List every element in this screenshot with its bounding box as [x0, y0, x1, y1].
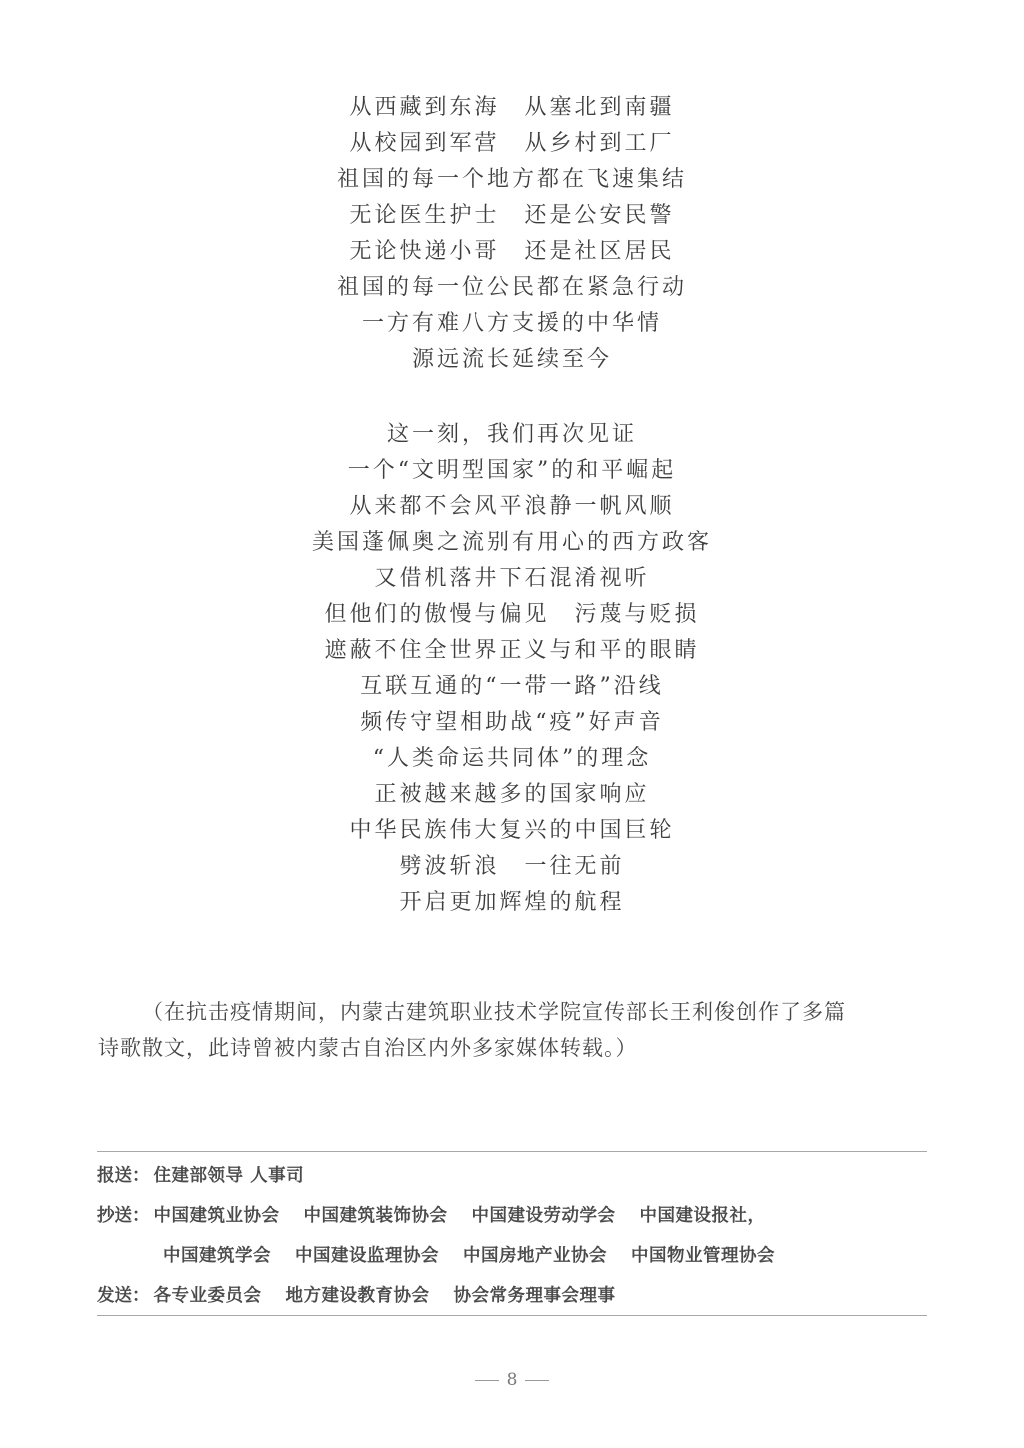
report-to-row: 报送：住建部领导 人事司 [97, 1156, 927, 1196]
poem-line: 从来都不会风平浪静一帆风顺 [0, 489, 1024, 525]
divider-top [97, 1151, 927, 1152]
recipient: 中国建筑学会 [163, 1246, 271, 1266]
recipient: 协会常务理事会理事 [454, 1286, 616, 1306]
recipient: 中国房地产业协会 [463, 1246, 607, 1266]
poem-line: 互联互通的“一带一路”沿线 [0, 669, 1024, 705]
poem-stanza-1: 从西藏到东海 从塞北到南疆 从校园到军营 从乡村到工厂 祖国的每一个地方都在飞速… [0, 90, 1024, 378]
page-number-value: 8 [507, 1370, 518, 1390]
recipient: 中国物业管理协会 [631, 1246, 775, 1266]
recipient: 中国建设监理协会 [295, 1246, 439, 1266]
note-line-1: （在抗击疫情期间，内蒙古建筑职业技术学院宣传部长王利俊创作了多篇 [98, 994, 928, 1030]
divider-bottom [97, 1315, 927, 1316]
copy-to-label: 抄送： [97, 1206, 150, 1226]
poem-line: 遮蔽不住全世界正义与和平的眼睛 [0, 633, 1024, 669]
page-number: 8 [0, 1370, 1024, 1390]
recipient: 各专业委员会 [154, 1286, 262, 1306]
author-note: （在抗击疫情期间，内蒙古建筑职业技术学院宣传部长王利俊创作了多篇 诗歌散文，此诗… [98, 994, 928, 1066]
poem-line: 正被越来越多的国家响应 [0, 777, 1024, 813]
dash-right [525, 1380, 549, 1381]
poem-line: 中华民族伟大复兴的中国巨轮 [0, 813, 1024, 849]
poem-line: 一方有难八方支援的中华情 [0, 306, 1024, 342]
poem-line: 无论快递小哥 还是社区居民 [0, 234, 1024, 270]
poem-line: 无论医生护士 还是公安民警 [0, 198, 1024, 234]
distribution-list: 报送：住建部领导 人事司 抄送：中国建筑业协会中国建筑装饰协会中国建设劳动学会中… [97, 1156, 927, 1316]
poem-line: 一个“文明型国家”的和平崛起 [0, 453, 1024, 489]
report-to-label: 报送： [97, 1166, 150, 1186]
poem-line: 又借机落井下石混淆视听 [0, 561, 1024, 597]
poem-line: 劈波斩浪 一往无前 [0, 849, 1024, 885]
poem-line: 从校园到军营 从乡村到工厂 [0, 126, 1024, 162]
recipient: 中国建设报社， [640, 1206, 766, 1226]
note-line-2: 诗歌散文，此诗曾被内蒙古自治区内外多家媒体转载。） [98, 1030, 928, 1066]
poem-line: “人类命运共同体”的理念 [0, 741, 1024, 777]
copy-to-row: 抄送：中国建筑业协会中国建筑装饰协会中国建设劳动学会中国建设报社， [97, 1196, 927, 1236]
poem-line: 祖国的每一个地方都在飞速集结 [0, 162, 1024, 198]
recipient: 住建部领导 人事司 [154, 1166, 305, 1186]
send-to-row: 发送：各专业委员会地方建设教育协会协会常务理事会理事 [97, 1276, 927, 1316]
poem-line: 祖国的每一位公民都在紧急行动 [0, 270, 1024, 306]
copy-to-row-continued: 中国建筑学会中国建设监理协会中国房地产业协会中国物业管理协会 [97, 1236, 927, 1276]
dash-left [475, 1380, 499, 1381]
poem-line: 从西藏到东海 从塞北到南疆 [0, 90, 1024, 126]
poem-line: 频传守望相助战“疫”好声音 [0, 705, 1024, 741]
poem-line: 源远流长延续至今 [0, 342, 1024, 378]
poem-line: 美国蓬佩奥之流别有用心的西方政客 [0, 525, 1024, 561]
recipient: 地方建设教育协会 [286, 1286, 430, 1306]
poem-line: 这一刻，我们再次见证 [0, 417, 1024, 453]
poem-stanza-2: 这一刻，我们再次见证 一个“文明型国家”的和平崛起 从来都不会风平浪静一帆风顺 … [0, 417, 1024, 921]
poem-line: 开启更加辉煌的航程 [0, 885, 1024, 921]
recipient: 中国建筑装饰协会 [304, 1206, 448, 1226]
send-to-label: 发送： [97, 1286, 150, 1306]
recipient: 中国建筑业协会 [154, 1206, 280, 1226]
recipient: 中国建设劳动学会 [472, 1206, 616, 1226]
poem-line: 但他们的傲慢与偏见 污蔑与贬损 [0, 597, 1024, 633]
